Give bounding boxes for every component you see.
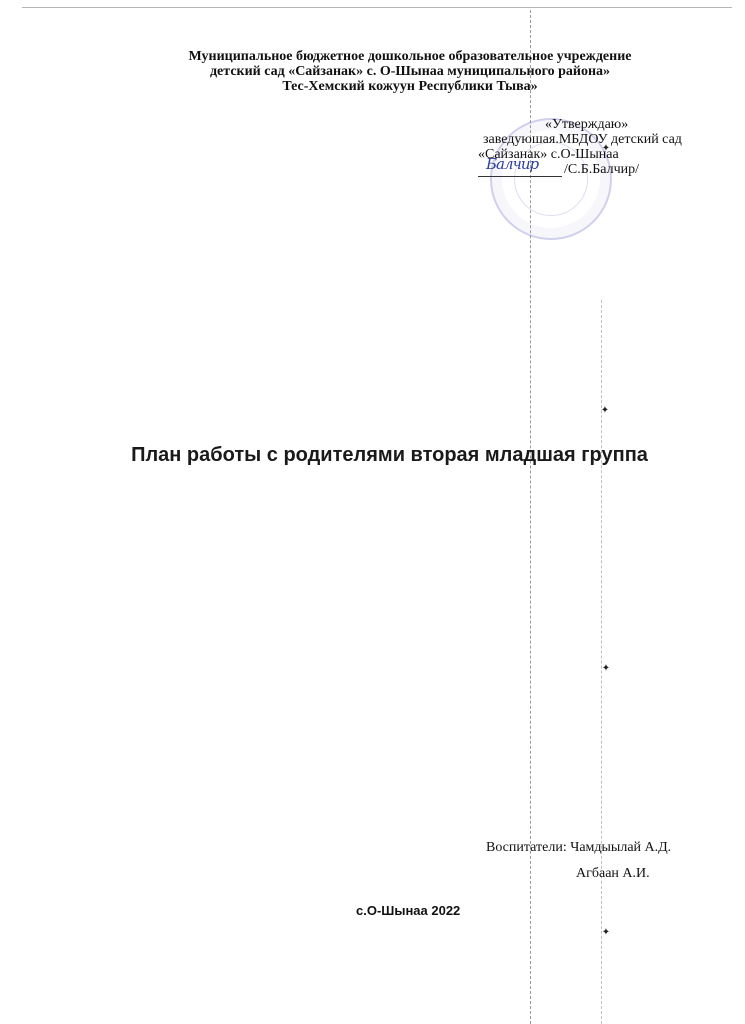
institution-header: Муниципальное бюджетное дошкольное образ…: [150, 49, 670, 94]
educators-line-1: Воспитатели: Чамдыылай А.Д.: [486, 840, 671, 856]
header-line-1: Муниципальное бюджетное дошкольное образ…: [150, 49, 670, 64]
approval-heading: «Утверждаю»: [478, 117, 718, 132]
scan-artifact-icon: ✦: [601, 145, 611, 152]
scan-top-rule: [22, 7, 732, 8]
educators-block: Воспитатели: Чамдыылай А.Д. Агбаан А.И.: [486, 840, 671, 856]
scan-artifact-icon: ✦: [601, 665, 611, 672]
scan-artifact-icon: ✦: [600, 407, 610, 414]
signatory-name: /С.Б.Балчир/: [564, 162, 639, 177]
approval-position: заведуюшая.МБДОУ детский сад: [478, 132, 718, 147]
handwritten-signature: Балчир: [486, 157, 538, 172]
header-line-3: Тес-Хемский кожуун Республики Тыва»: [150, 79, 670, 94]
place-and-year: с.О-Шынаа 2022: [356, 903, 460, 918]
educators-line-2: Агбаан А.И.: [576, 866, 650, 882]
document-title: План работы с родителями вторая младшая …: [0, 444, 745, 467]
approval-block: «Утверждаю» заведуюшая.МБДОУ детский сад…: [478, 117, 718, 177]
header-line-2: детский сад «Сайзанак» с. О-Шынаа муници…: [150, 64, 670, 79]
approval-signature-line: Балчир/С.Б.Балчир/: [478, 162, 718, 177]
signature-field: Балчир: [478, 163, 562, 177]
scan-artifact-icon: ✦: [601, 929, 611, 936]
